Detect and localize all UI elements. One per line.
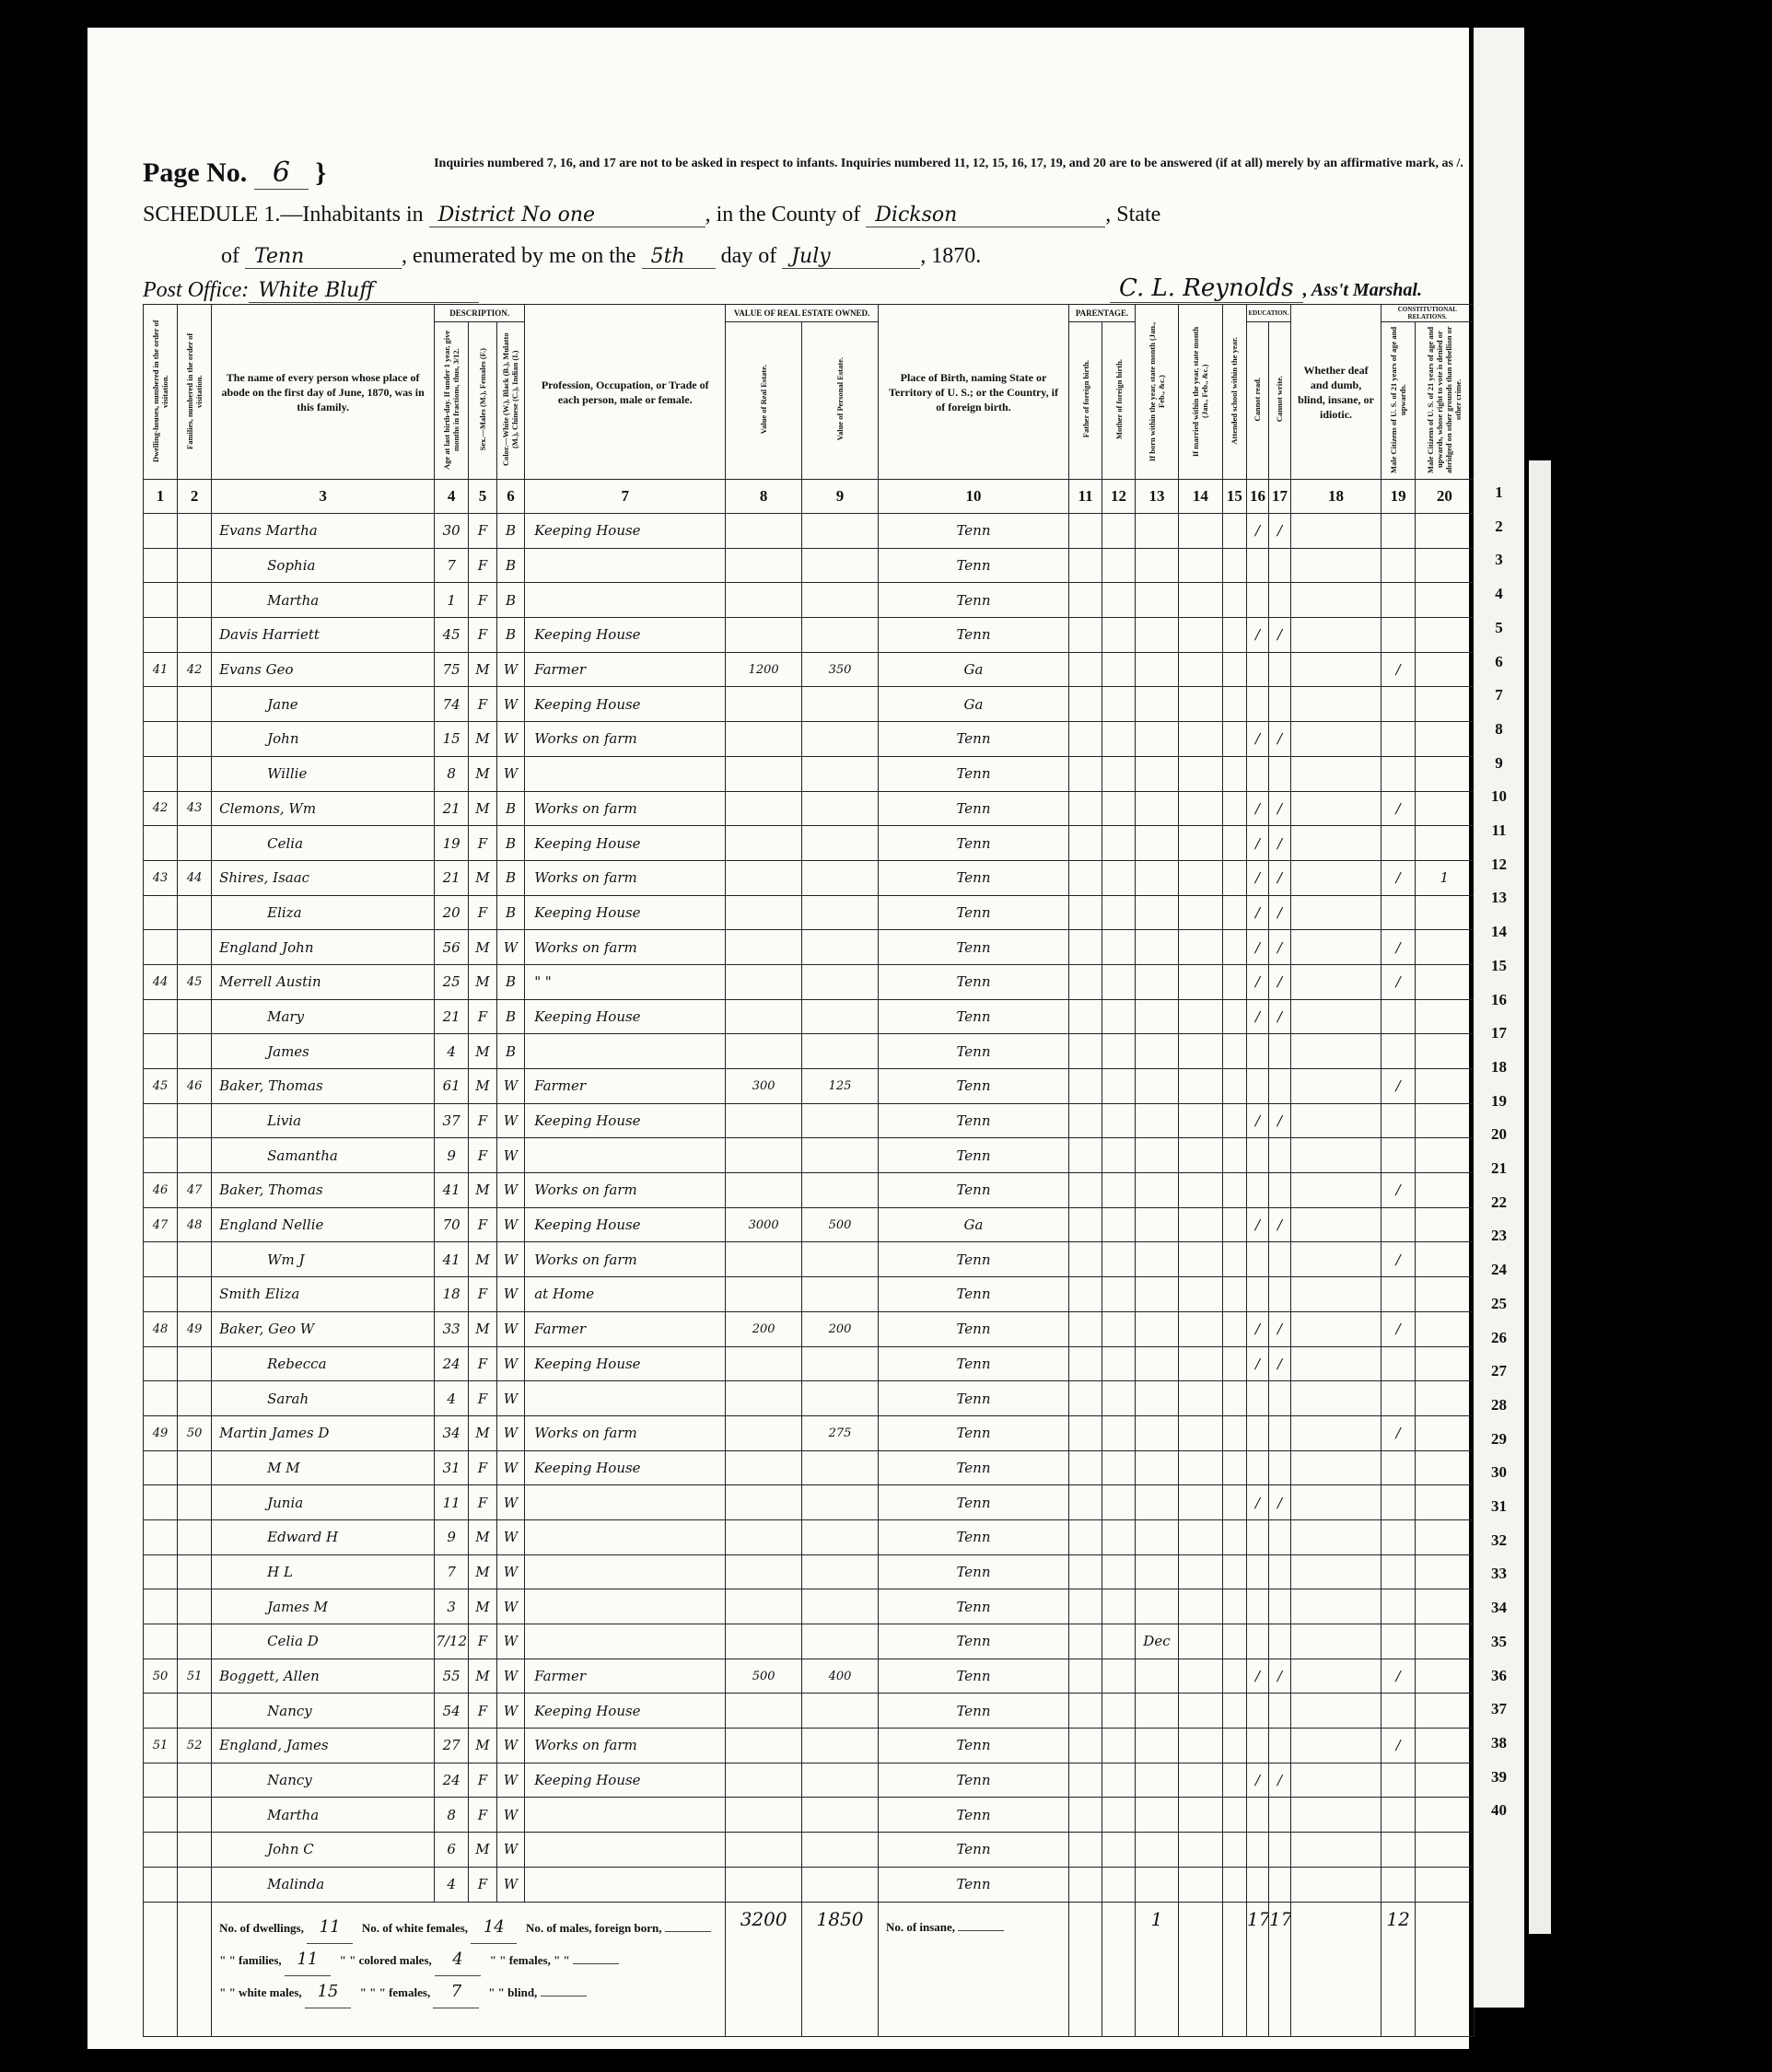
strip-line-number: 39 [1474,1768,1524,1787]
cell-c19 [1381,1867,1416,1902]
cell-color: W [496,1346,525,1381]
cell-c16: / [1247,1103,1269,1138]
cell-c13 [1136,1554,1179,1589]
cell-c14 [1178,1694,1222,1729]
cell-re [726,1833,802,1868]
cell-birth: Tenn [878,1277,1068,1312]
cell-c15 [1222,1624,1246,1659]
cell-c14 [1178,1242,1222,1277]
cell-birth: Tenn [878,514,1068,549]
cell-c18 [1290,999,1381,1034]
strip-line-number: 26 [1474,1329,1524,1347]
cell-c18 [1290,1589,1381,1624]
cell-re [726,791,802,826]
cell-color: W [496,1311,525,1346]
cell-color: W [496,1103,525,1138]
cell-c15 [1222,1311,1246,1346]
cell-c11 [1069,1485,1102,1520]
cell-name: Celia D [212,1624,435,1659]
cell-c16: / [1247,722,1269,757]
cell-c15 [1222,1798,1246,1833]
cell-c13 [1136,687,1179,722]
month-value: July [782,245,920,269]
cell-c20 [1416,1242,1474,1277]
cell-c16 [1247,1867,1269,1902]
cell-c14 [1178,895,1222,930]
cell-c19: / [1381,1659,1416,1694]
cell-c15 [1222,514,1246,549]
cell-dw [144,1138,178,1173]
cell-c16: / [1247,1346,1269,1381]
cell-c20: 1 [1416,860,1474,895]
cell-dw [144,930,178,965]
cell-c17 [1268,1069,1290,1104]
cell-c14 [1178,1554,1222,1589]
cell-c15 [1222,756,1246,791]
cell-occ: Works on farm [525,722,726,757]
col-17-header: Cannot write. [1268,322,1290,480]
cell-c14 [1178,1867,1222,1902]
cell-c11 [1069,1624,1102,1659]
cell-dw [144,1103,178,1138]
cell-birth: Tenn [878,930,1068,965]
cell-age: 19 [435,826,469,861]
cell-color: W [496,1694,525,1729]
column-number: 4 [435,480,469,514]
cell-c17: / [1268,1763,1290,1798]
cell-re: 3000 [726,1207,802,1242]
table-row: Sarah4FWTenn26 [144,1381,1475,1416]
cell-pe [802,548,879,583]
cell-sex: F [469,687,497,722]
cell-sex: M [469,860,497,895]
column-number: 3 [212,480,435,514]
cell-c14 [1178,1138,1222,1173]
cell-c11 [1069,652,1102,687]
summary-block: No. of dwellings, 11 No. of white female… [212,1902,726,2036]
col-16-header: Cannot read. [1247,322,1269,480]
cell-c12 [1102,1589,1136,1624]
cell-fam [178,583,212,618]
table-row: Davis Harriett45FBKeeping HouseTenn//4 [144,618,1475,653]
cell-dw: 49 [144,1415,178,1450]
cell-re [726,1867,802,1902]
cell-occ: Keeping House [525,687,726,722]
cell-sex: F [469,1138,497,1173]
cell-occ: Keeping House [525,1207,726,1242]
cell-re [726,756,802,791]
cell-re [726,826,802,861]
column-number: 14 [1178,480,1222,514]
cell-c20 [1416,826,1474,861]
cell-pe [802,1138,879,1173]
cell-c20 [1416,722,1474,757]
cell-c16 [1247,756,1269,791]
cell-c17: / [1268,1311,1290,1346]
cell-c18 [1290,1450,1381,1485]
cell-fam [178,1034,212,1069]
cell-c13 [1136,895,1179,930]
cell-sex: F [469,1381,497,1416]
cell-c13 [1136,1867,1179,1902]
cell-c17 [1268,548,1290,583]
cell-fam [178,1763,212,1798]
cell-c18 [1290,1763,1381,1798]
table-row: Rebecca24FWKeeping HouseTenn//25 [144,1346,1475,1381]
cell-c13 [1136,1311,1179,1346]
cell-c13 [1136,1659,1179,1694]
cell-age: 75 [435,652,469,687]
marshal-name: C. L. Reynolds [1110,274,1303,303]
strip-line-number: 27 [1474,1362,1524,1380]
cell-dw [144,895,178,930]
cell-c15 [1222,1485,1246,1520]
cell-c14 [1178,1415,1222,1450]
cell-name: John C [212,1833,435,1868]
cell-color: W [496,1624,525,1659]
cell-pe [802,999,879,1034]
cell-c14 [1178,826,1222,861]
cell-c17: / [1268,1485,1290,1520]
table-row: Celia19FBKeeping HouseTenn//10 [144,826,1475,861]
cell-age: 41 [435,1173,469,1208]
cell-c13 [1136,1242,1179,1277]
cell-sex: F [469,1277,497,1312]
cell-name: Martha [212,583,435,618]
cell-pe [802,687,879,722]
cell-c13 [1136,583,1179,618]
cell-pe [802,1381,879,1416]
cell-c18 [1290,583,1381,618]
education-group-header: EDUCATION. [1247,305,1291,322]
cell-c20 [1416,1659,1474,1694]
cell-pe [802,1485,879,1520]
cell-sex: F [469,1485,497,1520]
cell-c18 [1290,1554,1381,1589]
cell-c17: / [1268,930,1290,965]
cell-sex: M [469,1589,497,1624]
cell-name: Sophia [212,548,435,583]
cell-fam [178,1867,212,1902]
column-number-row: 1234567891011121314151617181920 [144,480,1475,514]
cell-c15 [1222,583,1246,618]
col-1-header: Dwelling-houses, numbered in the order o… [144,305,178,480]
cell-dw [144,1242,178,1277]
post-office-label: Post Office: [143,278,249,302]
cell-dw: 41 [144,652,178,687]
table-row: Celia D7/12FWTennDec33 [144,1624,1475,1659]
cell-c12 [1102,1346,1136,1381]
cell-name: M M [212,1450,435,1485]
cell-c13 [1136,1173,1179,1208]
cell-color: B [496,826,525,861]
cell-c11 [1069,1069,1102,1104]
census-sheet: Page No. 6 } Inquiries numbered 7, 16, a… [87,28,1469,2049]
cell-re [726,930,802,965]
table-row: Willie8MWTenn8 [144,756,1475,791]
county-label: , in the County of [705,203,861,227]
cell-c14 [1178,791,1222,826]
cell-re [726,1242,802,1277]
cell-c17 [1268,1415,1290,1450]
cell-c13 [1136,1381,1179,1416]
cell-occ: Works on farm [525,1729,726,1764]
cell-fam [178,1833,212,1868]
cell-c18 [1290,1103,1381,1138]
cell-pe: 200 [802,1311,879,1346]
table-row: 4647Baker, Thomas41MWWorks on farmTenn/2… [144,1173,1475,1208]
cell-c13 [1136,1729,1179,1764]
cell-c18 [1290,722,1381,757]
cell-color: B [496,860,525,895]
cell-c11 [1069,1729,1102,1764]
cell-re [726,1173,802,1208]
cell-color: W [496,1763,525,1798]
cell-sex: M [469,1659,497,1694]
table-row: 4445Merrell Austin25MB" "Tenn///14 [144,964,1475,999]
strip-line-number: 35 [1474,1633,1524,1651]
cell-fam [178,1624,212,1659]
cell-color: W [496,756,525,791]
cell-c17 [1268,1798,1290,1833]
cell-fam [178,1138,212,1173]
cell-c14 [1178,964,1222,999]
table-row: James M3MWTenn32 [144,1589,1475,1624]
instructions: Inquiries numbered 7, 16, and 17 are not… [382,155,1515,173]
cell-name: Martha [212,1798,435,1833]
cell-c20 [1416,1554,1474,1589]
cell-c20 [1416,1450,1474,1485]
cell-birth: Tenn [878,1867,1068,1902]
cell-dw [144,1519,178,1554]
cell-c20 [1416,1173,1474,1208]
cell-dw: 47 [144,1207,178,1242]
table-row: Jane74FWKeeping HouseGa6 [144,687,1475,722]
table-row: John C6MWTenn39 [144,1833,1475,1868]
cell-c19 [1381,1034,1416,1069]
cell-c11 [1069,1415,1102,1450]
cell-c19 [1381,1381,1416,1416]
cell-c20 [1416,999,1474,1034]
cell-c15 [1222,1069,1246,1104]
cell-c13 [1136,1798,1179,1833]
cell-c14 [1178,1381,1222,1416]
table-row: 4849Baker, Geo W33MWFarmer200200Tenn///2… [144,1311,1475,1346]
cell-c17: / [1268,791,1290,826]
cell-c12 [1102,1485,1136,1520]
cell-c19: / [1381,1311,1416,1346]
cell-c14 [1178,1103,1222,1138]
cell-occ: at Home [525,1277,726,1312]
cell-c12 [1102,1694,1136,1729]
cell-occ: Keeping House [525,1694,726,1729]
cell-c19: / [1381,860,1416,895]
cell-re [726,1034,802,1069]
cell-dw [144,583,178,618]
strip-line-number: 33 [1474,1565,1524,1583]
cell-color: W [496,1589,525,1624]
cell-birth: Tenn [878,756,1068,791]
cell-age: 3 [435,1589,469,1624]
cell-c18 [1290,1173,1381,1208]
cell-c19: / [1381,1415,1416,1450]
strip-line-number: 25 [1474,1295,1524,1313]
page-number: Page No. 6 } [143,157,326,189]
column-number: 11 [1069,480,1102,514]
cell-birth: Tenn [878,618,1068,653]
cell-pe [802,1034,879,1069]
cell-c14 [1178,860,1222,895]
table-row: James4MBTenn16 [144,1034,1475,1069]
cell-re [726,1729,802,1764]
cell-c17: / [1268,826,1290,861]
cell-sex: F [469,1624,497,1659]
cell-c20 [1416,1034,1474,1069]
cell-re: 500 [726,1659,802,1694]
cell-c20 [1416,548,1474,583]
cell-birth: Tenn [878,1798,1068,1833]
cell-c20 [1416,1763,1474,1798]
cell-c11 [1069,1833,1102,1868]
cell-re [726,1138,802,1173]
cell-c18 [1290,1729,1381,1764]
cell-c12 [1102,1833,1136,1868]
cell-c17 [1268,1242,1290,1277]
cell-name: Baker, Geo W [212,1311,435,1346]
cell-sex: F [469,895,497,930]
cell-color: W [496,1798,525,1833]
cell-c14 [1178,1729,1222,1764]
strip-line-number: 13 [1474,889,1524,907]
cell-sex: M [469,1729,497,1764]
cell-c19 [1381,1554,1416,1589]
cell-birth: Tenn [878,1311,1068,1346]
strip-line-number: 21 [1474,1159,1524,1178]
cell-birth: Tenn [878,1138,1068,1173]
cell-birth: Tenn [878,791,1068,826]
table-row: Martha1FBTenn3 [144,583,1475,618]
schedule-line: SCHEDULE 1.—Inhabitants in District No o… [143,203,1160,227]
cell-age: 8 [435,756,469,791]
males-foreign-count [665,1931,711,1932]
cell-re [726,1798,802,1833]
cell-c17 [1268,1589,1290,1624]
table-row: 4546Baker, Thomas61MWFarmer300125Tenn/17 [144,1069,1475,1104]
cell-sex: M [469,652,497,687]
cell-c18 [1290,1798,1381,1833]
cell-c18 [1290,1277,1381,1312]
cell-dw [144,1763,178,1798]
district-value: District No one [429,204,705,227]
cell-c12 [1102,1138,1136,1173]
cell-c11 [1069,618,1102,653]
cell-c17: / [1268,1103,1290,1138]
cell-fam [178,999,212,1034]
post-office-line: Post Office:White Bluff [143,278,479,303]
cell-c20 [1416,1415,1474,1450]
cell-age: 4 [435,1867,469,1902]
cell-age: 24 [435,1346,469,1381]
cell-c19 [1381,583,1416,618]
cell-c11 [1069,826,1102,861]
cell-fam: 49 [178,1311,212,1346]
cell-c15 [1222,1554,1246,1589]
cell-c11 [1069,1798,1102,1833]
cell-name: Evans Martha [212,514,435,549]
cell-dw [144,1277,178,1312]
cell-fam [178,1485,212,1520]
cell-c16 [1247,1694,1269,1729]
col-4-header: Age at last birth-day. If under 1 year, … [435,322,469,480]
cell-c15 [1222,687,1246,722]
cell-birth: Tenn [878,999,1068,1034]
cell-c14 [1178,1311,1222,1346]
cell-c15 [1222,1833,1246,1868]
cell-name: Merrell Austin [212,964,435,999]
cell-c13 [1136,1763,1179,1798]
total-col-19: 12 [1381,1902,1416,2036]
cell-pe [802,1450,879,1485]
cell-sex: M [469,1519,497,1554]
cell-age: 18 [435,1277,469,1312]
cell-occ [525,1519,726,1554]
cell-age: 70 [435,1207,469,1242]
cell-c16 [1247,1554,1269,1589]
cell-name: England Nellie [212,1207,435,1242]
cell-color: B [496,999,525,1034]
cell-c15 [1222,1207,1246,1242]
cell-c15 [1222,791,1246,826]
cell-c12 [1102,1207,1136,1242]
cell-name: Clemons, Wm [212,791,435,826]
cell-name: James [212,1034,435,1069]
cell-re [726,1381,802,1416]
cell-re [726,514,802,549]
cell-c14 [1178,1450,1222,1485]
cell-birth: Tenn [878,1659,1068,1694]
cell-c16 [1247,652,1269,687]
cell-c17 [1268,756,1290,791]
cell-c16: / [1247,1207,1269,1242]
strip-line-number: 22 [1474,1193,1524,1212]
blind-count [541,1996,587,1996]
cell-c14 [1178,583,1222,618]
cell-name: Willie [212,756,435,791]
cell-c11 [1069,1277,1102,1312]
cell-c20 [1416,1694,1474,1729]
cell-birth: Tenn [878,1415,1068,1450]
cell-c15 [1222,1277,1246,1312]
cell-color: W [496,1173,525,1208]
cell-c14 [1178,1763,1222,1798]
cell-occ: Keeping House [525,1763,726,1798]
cell-c12 [1102,1798,1136,1833]
col-12-header: Mother of foreign birth. [1102,322,1136,480]
cell-c17 [1268,1450,1290,1485]
cell-dw [144,1346,178,1381]
cell-color: W [496,1485,525,1520]
cell-re [726,895,802,930]
cell-c19 [1381,1624,1416,1659]
strip-line-number: 40 [1474,1801,1524,1820]
cell-dw [144,514,178,549]
cell-c12 [1102,999,1136,1034]
cell-c18 [1290,756,1381,791]
cell-c14 [1178,652,1222,687]
cell-c12 [1102,1103,1136,1138]
table-row: 4142Evans Geo75MWFarmer1200350Ga/5 [144,652,1475,687]
cell-c19 [1381,1207,1416,1242]
